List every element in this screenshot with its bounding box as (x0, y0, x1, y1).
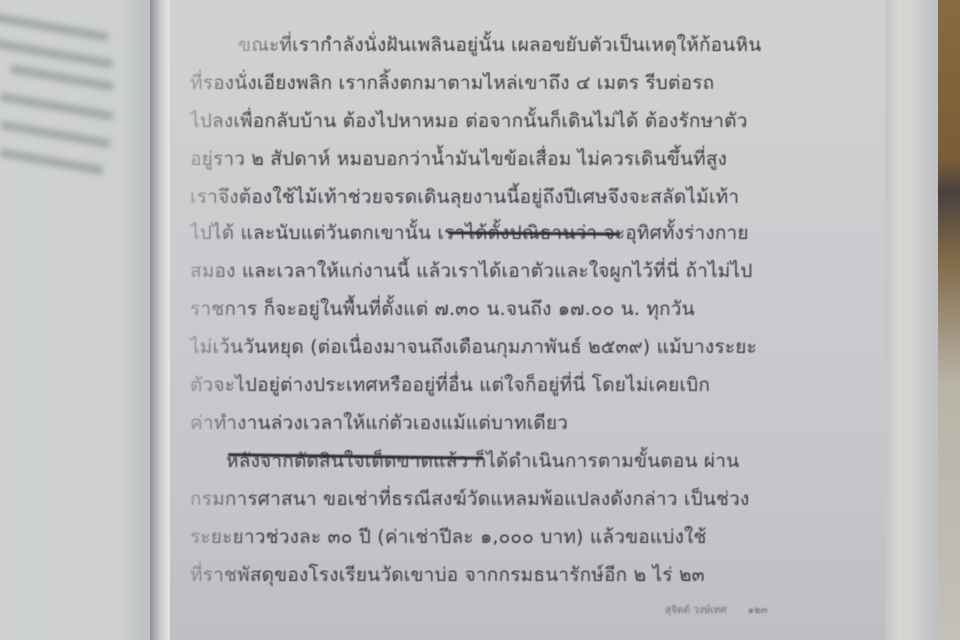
blurred-text-line (0, 12, 109, 42)
page-stack-edge (885, 0, 940, 640)
footer-author: สุจิตต์ วงษ์เทศ (665, 605, 727, 616)
text-line: ไม่เว้นวันหยุด (ต่อเนื่องมาจนถึงเดือนกุม… (190, 328, 757, 366)
page-footer: สุจิตต์ วงษ์เทศ ๑๒๓ (665, 603, 768, 618)
text-line: ขณะที่เรากำลังนั่งฝันเพลินอยู่นั้น เผลอข… (238, 26, 761, 64)
text-line: กรมการศาสนา ขอเช่าที่ธรณีสงฆ์วัดแหลมพ้อแ… (190, 480, 749, 518)
text-line: ที่รองนั่งเอียงพลิก เรากลิ้งตกมาตามไหล่เ… (190, 64, 714, 102)
text-line: หลังจากตัดสินใจเด็ดขาดแล้ว ก็ได้ดำเนินกา… (226, 442, 739, 480)
blurred-text-line (0, 38, 114, 69)
blurred-text-line (9, 64, 114, 91)
text-line: ที่ราชพัสดุของโรงเรียนวัดเขาบ่อ จากกรมธน… (190, 556, 705, 594)
text-line: เราจึงต้องใช้ไม้เท้าช่วยจรดเดินลุยงานนี้… (190, 178, 739, 216)
text-line: ราชการ ก็จะอยู่ในพื้นที่ตั้งแต่ ๗.๓๐ น.จ… (190, 290, 695, 328)
text-line: อยู่ราว ๒ สัปดาห์ หมอบอกว่าน้ำมันไขข้อเส… (190, 140, 727, 178)
blurred-text-line (0, 148, 104, 175)
wooden-table-background (938, 0, 960, 640)
text-line: สมอง และเวลาให้แก่งานนี้ แล้วเราได้เอาตั… (190, 252, 753, 290)
text-line: ระยะยาวช่วงละ ๓๐ ปี (ค่าเช่าปีละ ๑,๐๐๐ บ… (190, 518, 707, 556)
text-line: ไปลงเพื่อกลับบ้าน ต้องไปหาหมอ ต่อจากนั้น… (190, 102, 748, 140)
text-line: ค่าทำงานล่วงเวลาให้แก่ตัวเองแม้แต่บาทเดี… (190, 404, 568, 442)
blurred-text-line (0, 120, 111, 148)
page-number: ๑๒๓ (748, 605, 768, 616)
text-line: ตัวจะไปอยู่ต่างประเทศหรืออยู่ที่อื่น แต่… (190, 366, 710, 404)
left-book-page (0, 0, 172, 640)
blurred-text-line (0, 92, 114, 121)
